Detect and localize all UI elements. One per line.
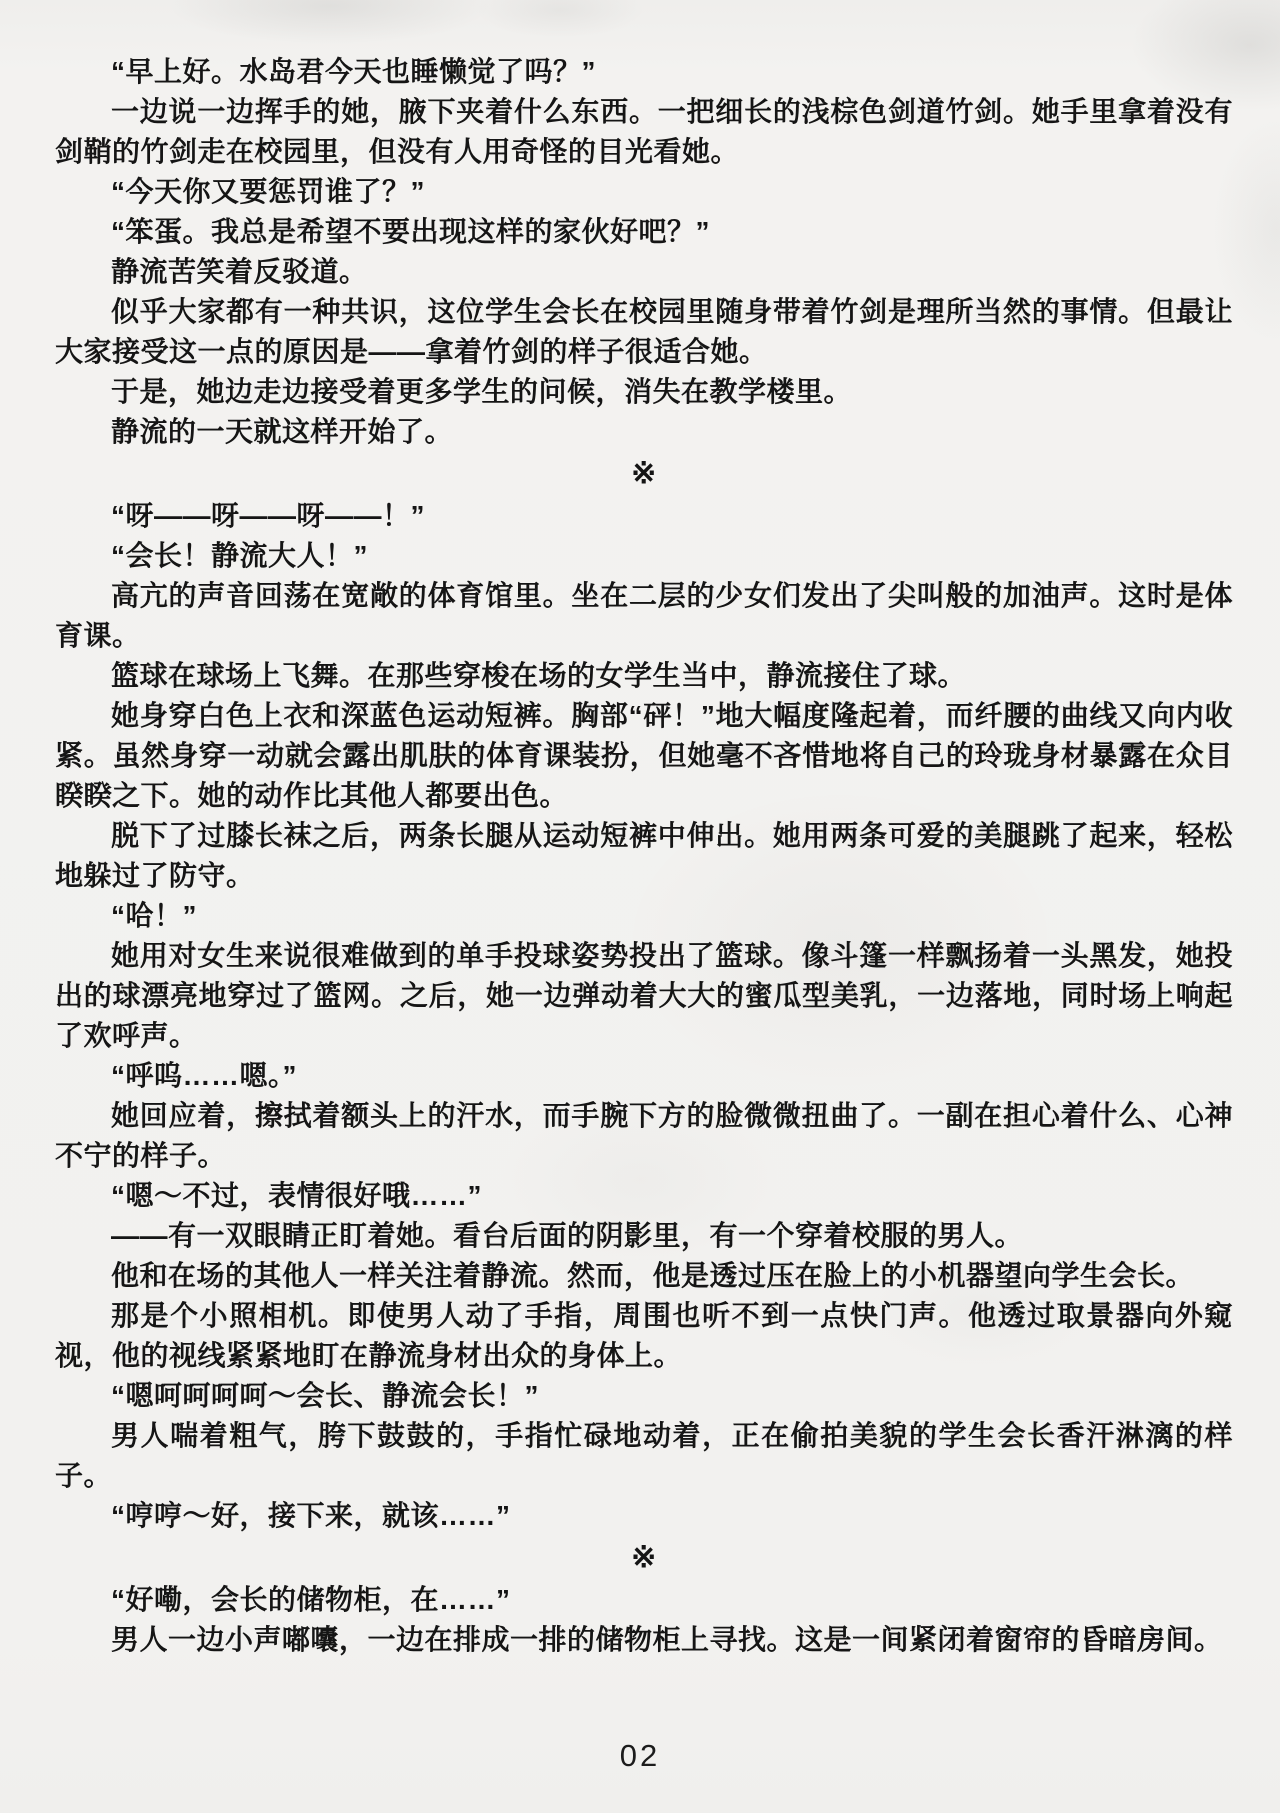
paragraph: “哈！”: [55, 896, 1233, 936]
paragraph: “今天你又要惩罚谁了？”: [55, 172, 1233, 212]
section-separator: ※: [55, 1538, 1233, 1578]
page-content: “早上好。水岛君今天也睡懒觉了吗？”一边说一边挥手的她，腋下夹着什么东西。一把细…: [55, 52, 1233, 1660]
paragraph: “呀——呀——呀——！”: [55, 496, 1233, 536]
paragraph: 她用对女生来说很难做到的单手投球姿势投出了篮球。像斗篷一样飘扬着一头黑发，她投出…: [55, 936, 1233, 1056]
paragraph: 于是，她边走边接受着更多学生的问候，消失在教学楼里。: [55, 372, 1233, 412]
page-number: 02: [0, 1738, 1280, 1774]
paragraph: 篮球在球场上飞舞。在那些穿梭在场的女学生当中，静流接住了球。: [55, 656, 1233, 696]
paragraph: “哼哼～好，接下来，就该……”: [55, 1496, 1233, 1536]
paragraph: “会长！静流大人！”: [55, 536, 1233, 576]
paragraph: 静流苦笑着反驳道。: [55, 252, 1233, 292]
paragraph: “嗯～不过，表情很好哦……”: [55, 1176, 1233, 1216]
paragraph: “好嘞，会长的储物柜，在……”: [55, 1580, 1233, 1620]
paragraph: 她身穿白色上衣和深蓝色运动短裤。胸部“砰！”地大幅度隆起着，而纤腰的曲线又向内收…: [55, 696, 1233, 816]
paragraph: 一边说一边挥手的她，腋下夹着什么东西。一把细长的浅棕色剑道竹剑。她手里拿着没有剑…: [55, 92, 1233, 172]
novel-scan-page: “早上好。水岛君今天也睡懒觉了吗？”一边说一边挥手的她，腋下夹着什么东西。一把细…: [0, 0, 1280, 1813]
paragraph: “呼呜……嗯。”: [55, 1056, 1233, 1096]
paragraph: “早上好。水岛君今天也睡懒觉了吗？”: [55, 52, 1233, 92]
paragraph: 男人喘着粗气，胯下鼓鼓的，手指忙碌地动着，正在偷拍美貌的学生会长香汗淋漓的样子。: [55, 1416, 1233, 1496]
paragraph: 静流的一天就这样开始了。: [55, 412, 1233, 452]
section-separator: ※: [55, 454, 1233, 494]
paragraph: 似乎大家都有一种共识，这位学生会长在校园里随身带着竹剑是理所当然的事情。但最让大…: [55, 292, 1233, 372]
paragraph: 脱下了过膝长袜之后，两条长腿从运动短裤中伸出。她用两条可爱的美腿跳了起来，轻松地…: [55, 816, 1233, 896]
paragraph: 那是个小照相机。即使男人动了手指，周围也听不到一点快门声。他透过取景器向外窥视，…: [55, 1296, 1233, 1376]
paragraph: ——有一双眼睛正盯着她。看台后面的阴影里，有一个穿着校服的男人。: [55, 1216, 1233, 1256]
paragraph: “笨蛋。我总是希望不要出现这样的家伙好吧？”: [55, 212, 1233, 252]
paragraph: 她回应着，擦拭着额头上的汗水，而手腕下方的脸微微扭曲了。一副在担心着什么、心神不…: [55, 1096, 1233, 1176]
paragraph: 高亢的声音回荡在宽敞的体育馆里。坐在二层的少女们发出了尖叫般的加油声。这时是体育…: [55, 576, 1233, 656]
paragraph: “嗯呵呵呵呵～会长、静流会长！”: [55, 1376, 1233, 1416]
paragraph: 他和在场的其他人一样关注着静流。然而，他是透过压在脸上的小机器望向学生会长。: [55, 1256, 1233, 1296]
paragraph: 男人一边小声嘟囔，一边在排成一排的储物柜上寻找。这是一间紧闭着窗帘的昏暗房间。: [55, 1620, 1233, 1660]
